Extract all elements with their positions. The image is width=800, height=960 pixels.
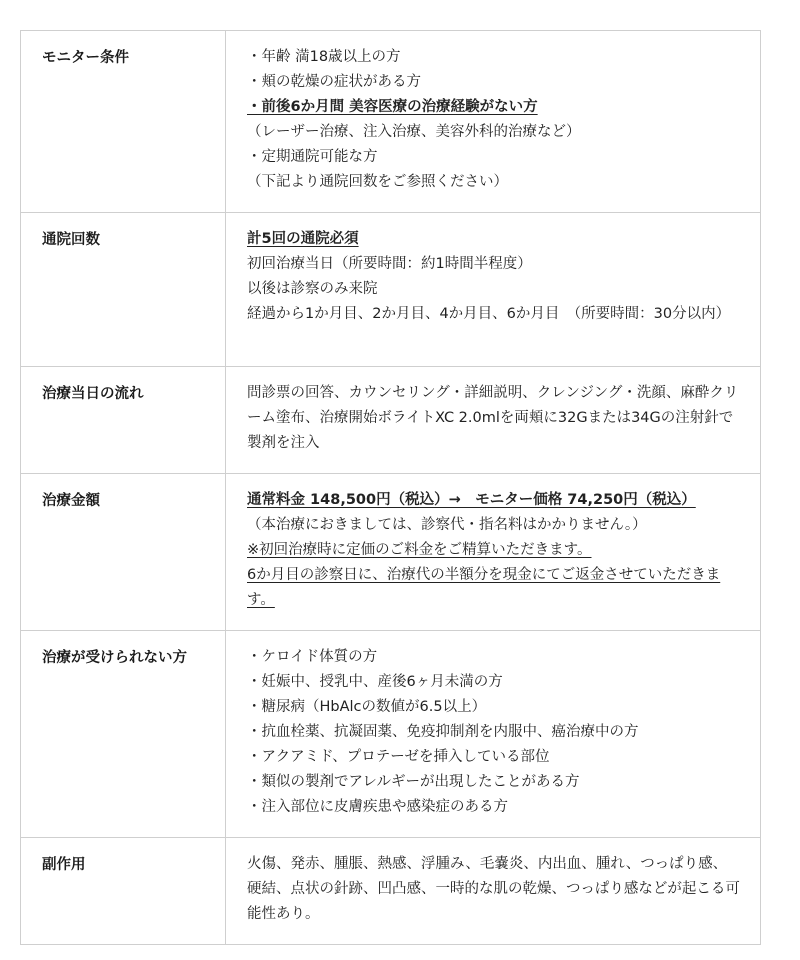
content-line: （本治療におきましては、診察代・指名料はかかりません。） xyxy=(247,513,740,538)
content-line: ・頬の乾燥の症状がある方 xyxy=(247,70,740,95)
content-line: ・年齢 満18歳以上の方 xyxy=(247,45,740,70)
row-content: 問診票の回答、カウンセリング・詳細説明、クレンジング・洗顔、麻酔クリーム塗布、治… xyxy=(226,367,761,474)
row-monitor-conditions: モニター条件 ・年齢 満18歳以上の方 ・頬の乾燥の症状がある方 ・前後6か月間… xyxy=(21,31,761,213)
row-label: 治療が受けられない方 xyxy=(21,631,226,838)
content-line-emphasis: 計5回の通院必須 xyxy=(247,231,359,247)
content-line: 火傷、発赤、腫脹、熱感、浮腫み、毛嚢炎、内出血、腫れ、つっぱり感、硬結、点状の針… xyxy=(247,852,740,927)
row-content: ・年齢 満18歳以上の方 ・頬の乾燥の症状がある方 ・前後6か月間 美容医療の治… xyxy=(226,31,761,213)
row-label: 治療当日の流れ xyxy=(21,367,226,474)
content-line-emphasis: ・前後6か月間 美容医療の治療経験がない方 xyxy=(247,99,538,115)
row-content: 通常料金 148,500円（税込）→ モニター価格 74,250円（税込） （本… xyxy=(226,474,761,631)
content-line: 問診票の回答、カウンセリング・詳細説明、クレンジング・洗顔、麻酔クリーム塗布、治… xyxy=(247,381,740,456)
content-line: ・定期通院可能な方 xyxy=(247,145,740,170)
content-line: （下記より通院回数をご参照ください） xyxy=(247,170,740,195)
row-label: 通院回数 xyxy=(21,213,226,367)
monitor-info-table: モニター条件 ・年齢 満18歳以上の方 ・頬の乾燥の症状がある方 ・前後6か月間… xyxy=(20,30,761,945)
content-line: ・糖尿病（HbAlcの数値が6.5以上） xyxy=(247,695,740,720)
row-treatment-price: 治療金額 通常料金 148,500円（税込）→ モニター価格 74,250円（税… xyxy=(21,474,761,631)
content-line: 経過から1か月目、2か月目、4か月目、6か月目 （所要時間：30分以内） xyxy=(247,302,740,327)
row-visit-count: 通院回数 計5回の通院必須 初回治療当日（所要時間：約1時間半程度） 以後は診察… xyxy=(21,213,761,367)
row-content: ・ケロイド体質の方 ・妊娠中、授乳中、産後6ヶ月未満の方 ・糖尿病（HbAlcの… xyxy=(226,631,761,838)
row-content: 火傷、発赤、腫脹、熱感、浮腫み、毛嚢炎、内出血、腫れ、つっぱり感、硬結、点状の針… xyxy=(226,838,761,945)
refund-note-line: 6か月目の診察日に、治療代の半額分を現金にてご返金させていただきます。 xyxy=(247,567,720,608)
content-line: ・アクアミド、プロテーゼを挿入している部位 xyxy=(247,745,740,770)
row-label: 治療金額 xyxy=(21,474,226,631)
row-label: 副作用 xyxy=(21,838,226,945)
content-line: （レーザー治療、注入治療、美容外科的治療など） xyxy=(247,120,740,145)
content-line: 以後は診察のみ来院 xyxy=(247,277,740,302)
row-side-effects: 副作用 火傷、発赤、腫脹、熱感、浮腫み、毛嚢炎、内出血、腫れ、つっぱり感、硬結、… xyxy=(21,838,761,945)
row-content: 計5回の通院必須 初回治療当日（所要時間：約1時間半程度） 以後は診察のみ来院 … xyxy=(226,213,761,367)
row-treatment-day-flow: 治療当日の流れ 問診票の回答、カウンセリング・詳細説明、クレンジング・洗顔、麻酔… xyxy=(21,367,761,474)
content-line: ・ケロイド体質の方 xyxy=(247,645,740,670)
content-line: ・妊娠中、授乳中、産後6ヶ月未満の方 xyxy=(247,670,740,695)
row-label: モニター条件 xyxy=(21,31,226,213)
content-line: ・類似の製剤でアレルギーが出現したことがある方 xyxy=(247,770,740,795)
content-line: ・抗血栓薬、抗凝固薬、免疫抑制剤を内服中、癌治療中の方 xyxy=(247,720,740,745)
row-ineligible: 治療が受けられない方 ・ケロイド体質の方 ・妊娠中、授乳中、産後6ヶ月未満の方 … xyxy=(21,631,761,838)
content-line: 初回治療当日（所要時間：約1時間半程度） xyxy=(247,252,740,277)
content-line: ・注入部位に皮膚疾患や感染症のある方 xyxy=(247,795,740,820)
price-line: 通常料金 148,500円（税込）→ モニター価格 74,250円（税込） xyxy=(247,492,696,508)
note-line: ※初回治療時に定価のご料金をご精算いただきます。 xyxy=(247,542,592,558)
